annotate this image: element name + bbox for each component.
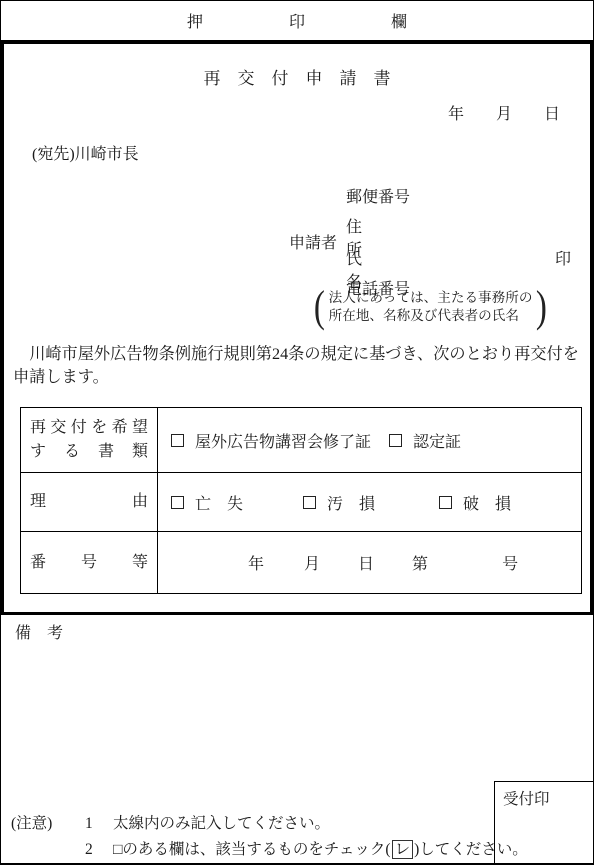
open-paren: (: [314, 287, 325, 327]
seal-column-box: 押印欄: [1, 1, 593, 41]
personal-seal-label: 印: [555, 246, 571, 269]
month-label: 月: [496, 101, 512, 124]
number-prefix-label: 第: [412, 551, 428, 574]
number-day-label: 日: [358, 551, 374, 574]
number-month-label: 月: [304, 551, 320, 574]
note1-number: 1: [85, 811, 113, 837]
table-row: 再交付を希望 する書類 屋外広告物講習会修了証 認定証: [21, 408, 582, 473]
reissue-application-form: 押印欄 再交付申請書 年 月 日 (宛先)川崎市長 郵便番号 住所 申請者 氏名…: [0, 0, 594, 865]
documents-label-line1: 再交付を希望: [30, 416, 148, 440]
request-table: 再交付を希望 する書類 屋外広告物講習会修了証 認定証: [20, 407, 582, 594]
checkbox-completion-certificate[interactable]: [171, 434, 184, 447]
year-label: 年: [448, 101, 464, 124]
number-label: 番号等: [30, 551, 148, 575]
close-paren: ): [536, 287, 547, 327]
checkbox-lost[interactable]: [171, 496, 184, 509]
check-mark-sample: レ: [392, 840, 414, 859]
main-entry-box: 再交付申請書 年 月 日 (宛先)川崎市長 郵便番号 住所 申請者 氏名 印 電…: [1, 41, 593, 615]
reception-stamp-label: 受付印: [503, 791, 550, 808]
corporate-note-line2: 所在地、名称及び代表者の氏名: [329, 308, 519, 323]
form-title: 再交付申請書: [4, 64, 594, 89]
certification-label: 認定証: [413, 429, 461, 452]
number-suffix-label: 号: [502, 551, 518, 574]
table-row: 理由 亡失 汚損: [21, 473, 582, 532]
note2-text: □のある欄は、該当するものをチェック(レ)してください。: [113, 837, 528, 863]
reason-label: 理由: [30, 490, 148, 514]
corporate-note-line1: 法人にあっては、主たる事務所の: [329, 290, 533, 305]
note1-text: 太線内のみ記入してください。: [113, 811, 330, 837]
checkbox-damaged[interactable]: [439, 496, 452, 509]
notes-heading: (注意): [11, 811, 85, 837]
documents-label-line2: する書類: [30, 440, 148, 464]
statement-paragraph: 川崎市屋外広告物条例施行規則第24条の規定に基づき、次のとおり再交付を申請します…: [13, 343, 581, 390]
note2-number: 2: [85, 837, 113, 863]
recipient-label: (宛先)川崎市長: [32, 141, 139, 164]
applicant-section-label: 申請者: [289, 230, 337, 253]
day-label: 日: [544, 101, 560, 124]
notes-section: (注意) 1 太線内のみ記入してください。 2 □のある欄は、該当するものをチェ…: [11, 811, 528, 863]
checkbox-certification[interactable]: [389, 434, 402, 447]
number-year-label: 年: [248, 551, 264, 574]
table-row: 番号等 年 月 日 第 号: [21, 532, 582, 594]
seal-column-label: 押印欄: [187, 9, 493, 32]
date-line: 年 月 日: [448, 101, 560, 124]
lost-label: 亡失: [195, 491, 259, 514]
corporate-note: ( 法人にあっては、主たる事務所の 所在地、名称及び代表者の氏名 ): [312, 287, 549, 327]
postal-code-label: 郵便番号: [346, 184, 410, 207]
damaged-label: 破損: [463, 491, 527, 514]
stained-label: 汚損: [327, 491, 391, 514]
checkbox-stained[interactable]: [303, 496, 316, 509]
completion-certificate-label: 屋外広告物講習会修了証: [195, 429, 371, 452]
remarks-label: 備考: [15, 620, 79, 643]
